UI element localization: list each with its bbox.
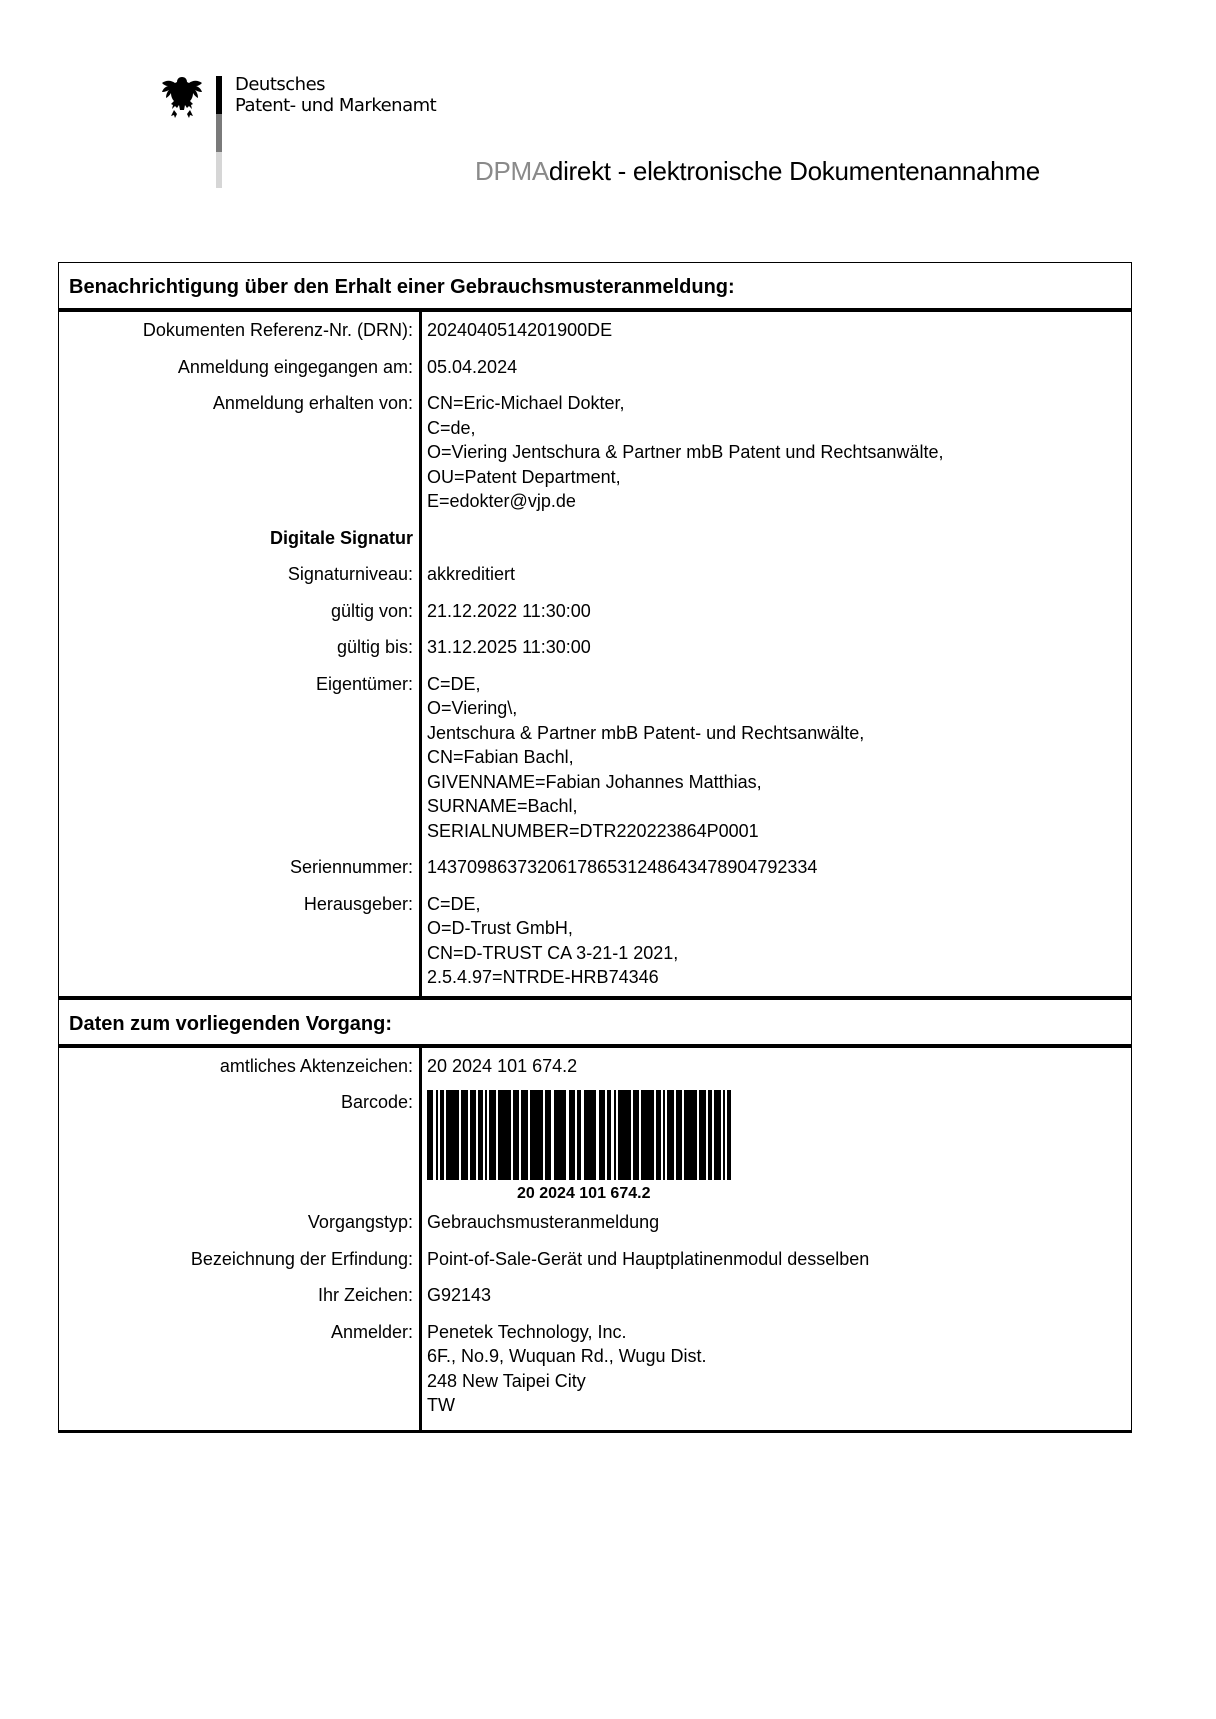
row-label: Bezeichnung der Erfindung: [59,1241,413,1278]
row-value-line: O=Viering\, [427,696,1131,721]
table-row: Anmeldung eingegangen am:05.04.2024 [59,349,1131,386]
table-row: Digitale Signatur [59,520,1131,557]
section-title-process-data: Daten zum vorliegenden Vorgang: [59,996,1131,1048]
row-value-line: 248 New Taipei City [427,1369,1131,1394]
federal-eagle-icon [160,74,204,122]
row-value: CN=Eric-Michael Dokter,C=de,O=Viering Je… [413,385,1131,520]
row-value-line: O=D-Trust GmbH, [427,916,1131,941]
row-value-line: C=DE, [427,892,1131,917]
row-value-line: 143709863732061786531248643478904792334 [427,855,1131,880]
row-value: 21.12.2022 11:30:00 [413,593,1131,630]
row-value: G92143 [413,1277,1131,1314]
row-value-line: E=edokter@vjp.de [427,489,1131,514]
row-value-line: CN=D-TRUST CA 3-21-1 2021, [427,941,1131,966]
receipt-rows: Dokumenten Referenz-Nr. (DRN):2024040514… [59,312,1131,996]
row-value-line: OU=Patent Department, [427,465,1131,490]
app-title: DPMAdirekt - elektronische Dokumentenann… [475,156,1040,187]
row-value-line: TW [427,1393,1131,1418]
row-value-line: akkreditiert [427,562,1131,587]
row-label: Ihr Zeichen: [59,1277,413,1314]
row-value: 2024040514201900DE [413,312,1131,349]
barcode-text: 20 2024 101 674.2 [517,1182,1131,1207]
row-value: Penetek Technology, Inc.6F., No.9, Wuqua… [413,1314,1131,1424]
row-value-line: GIVENNAME=Fabian Johannes Matthias, [427,770,1131,795]
row-value-line: CN=Fabian Bachl, [427,745,1131,770]
barcode-block: 20 2024 101 674.2 [413,1084,1131,1204]
row-value-line: 6F., No.9, Wuquan Rd., Wugu Dist. [427,1344,1131,1369]
table-row: Herausgeber:C=DE,O=D-Trust GmbH,CN=D-TRU… [59,886,1131,996]
table-row: Bezeichnung der Erfindung:Point-of-Sale-… [59,1241,1131,1278]
row-value: akkreditiert [413,556,1131,593]
org-name-line2: Patent- und Markenamt [235,95,436,116]
row-value-line: G92143 [427,1283,1131,1308]
row-value-line: SURNAME=Bachl, [427,794,1131,819]
table-row: Vorgangstyp:Gebrauchsmusteranmeldung [59,1204,1131,1241]
row-value-line: 05.04.2024 [427,355,1131,380]
logo-color-bar [216,76,222,188]
row-value-line: SERIALNUMBER=DTR220223864P0001 [427,819,1131,844]
table-row: Anmelder:Penetek Technology, Inc.6F., No… [59,1314,1131,1424]
org-name: Deutsches Patent- und Markenamt [235,74,436,116]
row-value-line: Point-of-Sale-Gerät und Hauptplatinenmod… [427,1247,1131,1272]
table-row: Signaturniveau:akkreditiert [59,556,1131,593]
row-value-line [427,526,1131,551]
row-value: Gebrauchsmusteranmeldung [413,1204,1131,1241]
app-title-prefix: DPMA [475,156,549,186]
table-row: Anmeldung erhalten von:CN=Eric-Michael D… [59,385,1131,520]
table-row-aktenzeichen: amtliches Aktenzeichen: 20 2024 101 674.… [59,1048,1131,1085]
row-value-line: CN=Eric-Michael Dokter, [427,391,1131,416]
table-row: Eigentümer:C=DE,O=Viering\,Jentschura & … [59,666,1131,850]
row-value-line: C=DE, [427,672,1131,697]
row-value-line: 21.12.2022 11:30:00 [427,599,1131,624]
receipt-table: Benachrichtigung über den Erhalt einer G… [58,262,1132,1433]
row-value: Point-of-Sale-Gerät und Hauptplatinenmod… [413,1241,1131,1278]
table-row: Dokumenten Referenz-Nr. (DRN):2024040514… [59,312,1131,349]
app-title-rest: direkt - elektronische Dokumentenannahme [549,156,1040,186]
row-value-line: O=Viering Jentschura & Partner mbB Paten… [427,440,1131,465]
table-row-barcode: Barcode: 20 2024 101 674.2 [59,1084,1131,1204]
row-value-line: 2.5.4.97=NTRDE-HRB74346 [427,965,1131,990]
table-row: gültig bis:31.12.2025 11:30:00 [59,629,1131,666]
row-value: 143709863732061786531248643478904792334 [413,849,1131,886]
row-label: Digitale Signatur [59,520,413,557]
row-value-line: C=de, [427,416,1131,441]
row-label: Dokumenten Referenz-Nr. (DRN): [59,312,413,349]
row-value: C=DE,O=D-Trust GmbH,CN=D-TRUST CA 3-21-1… [413,886,1131,996]
row-value: C=DE,O=Viering\,Jentschura & Partner mbB… [413,666,1131,850]
row-label: gültig von: [59,593,413,630]
row-label: Vorgangstyp: [59,1204,413,1241]
row-value-line: Penetek Technology, Inc. [427,1320,1131,1345]
row-label: Herausgeber: [59,886,413,996]
section-title-receipt: Benachrichtigung über den Erhalt einer G… [59,263,1131,312]
table-row: Ihr Zeichen:G92143 [59,1277,1131,1314]
row-value: 05.04.2024 [413,349,1131,386]
process-data-rows: amtliches Aktenzeichen: 20 2024 101 674.… [59,1048,1131,1430]
row-label: Anmelder: [59,1314,413,1424]
row-value-aktenzeichen: 20 2024 101 674.2 [413,1048,1131,1085]
row-label: Eigentümer: [59,666,413,850]
barcode-image [427,1090,732,1180]
org-name-line1: Deutsches [235,74,436,95]
row-label: Signaturniveau: [59,556,413,593]
row-value: 31.12.2025 11:30:00 [413,629,1131,666]
row-value-line: Gebrauchsmusteranmeldung [427,1210,1131,1235]
table-row: gültig von:21.12.2022 11:30:00 [59,593,1131,630]
table-row: Seriennummer:143709863732061786531248643… [59,849,1131,886]
row-label: Seriennummer: [59,849,413,886]
row-value-line: Jentschura & Partner mbB Patent- und Rec… [427,721,1131,746]
row-value-line: 2024040514201900DE [427,318,1131,343]
row-label: Anmeldung erhalten von: [59,385,413,520]
row-label: Anmeldung eingegangen am: [59,349,413,386]
row-value [413,520,1131,557]
row-label: gültig bis: [59,629,413,666]
row-value-line: 31.12.2025 11:30:00 [427,635,1131,660]
row-label: Barcode: [59,1084,413,1204]
row-label: amtliches Aktenzeichen: [59,1048,413,1085]
